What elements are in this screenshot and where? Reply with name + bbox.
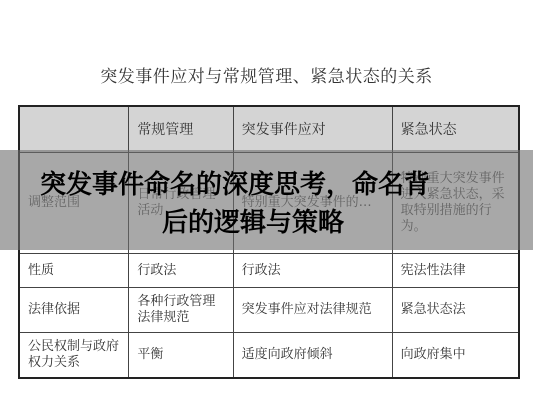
table-cell: 各种行政管理法律规范 [129, 288, 233, 333]
table-header-row: 常规管理 突发事件应对 紧急状态 [19, 106, 519, 153]
header-routine-management: 常规管理 [129, 106, 233, 153]
headline-line-1: 突发事件命名的深度思考，命名背 [40, 164, 430, 201]
header-emergency-response: 突发事件应对 [233, 106, 392, 153]
table-cell: 平衡 [129, 333, 233, 379]
row-label: 公民权制与政府权力关系 [19, 333, 129, 379]
table-cell: 宪法性法律 [392, 254, 519, 288]
table-cell: 向政府集中 [392, 333, 519, 379]
table-cell: 紧急状态法 [392, 288, 519, 333]
row-label: 性质 [19, 254, 129, 288]
table-row: 法律依据 各种行政管理法律规范 突发事件应对法律规范 紧急状态法 [19, 288, 519, 333]
headline-line-2: 后的逻辑与策略 [162, 202, 344, 239]
table-row: 性质 行政法 行政法 宪法性法律 [19, 254, 519, 288]
table-row: 公民权制与政府权力关系 平衡 适度向政府倾斜 向政府集中 [19, 333, 519, 379]
header-state-of-emergency: 紧急状态 [392, 106, 519, 153]
document-title: 突发事件应对与常规管理、紧急状态的关系 [0, 62, 533, 87]
table-cell: 突发事件应对法律规范 [233, 288, 392, 333]
table-cell: 行政法 [129, 254, 233, 288]
table-cell: 行政法 [233, 254, 392, 288]
row-label: 法律依据 [19, 288, 129, 333]
headline-overlay-banner: 突发事件命名的深度思考，命名背 后的逻辑与策略 [0, 150, 533, 250]
header-corner-cell [19, 106, 129, 153]
table-cell: 适度向政府倾斜 [233, 333, 392, 379]
